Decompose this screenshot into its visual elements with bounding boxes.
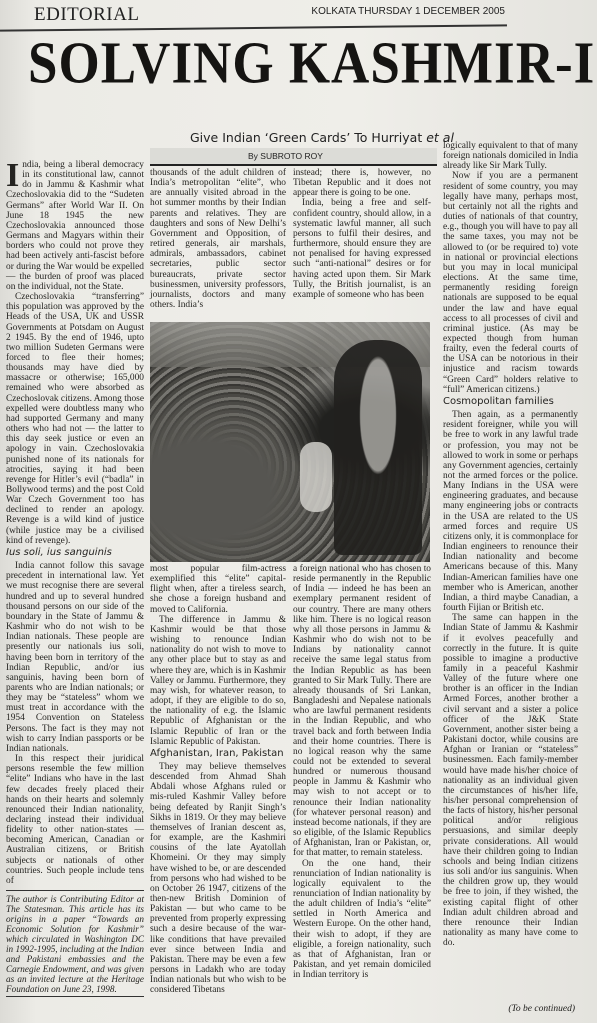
paragraph: instead; there is, however, no Tibetan R… xyxy=(293,168,431,198)
section-heading: Ius soli, ius sanguinis xyxy=(6,548,144,558)
subhead-text: Give Indian ‘Green Cards’ To Hurriyat xyxy=(190,130,426,145)
crowd-photo xyxy=(150,322,430,562)
paragraph: logically equivalent to that of many for… xyxy=(443,141,578,171)
headline: SOLVING KASHMIR-I xyxy=(28,30,595,97)
newspaper-page: EDITORIAL KOLKATA THURSDAY 1 DECEMBER 20… xyxy=(0,0,597,1023)
subheadline: Give Indian ‘Green Cards’ To Hurriyat et… xyxy=(190,130,454,145)
section-heading: Cosmopolitan families xyxy=(443,397,578,407)
paragraph: They may believe themselves descended fr… xyxy=(150,762,286,996)
paragraph: Czechoslovakia “transferring” this popul… xyxy=(6,292,144,546)
photo-speaker xyxy=(334,340,422,555)
column-2-bottom: most popular film-actress exemplified th… xyxy=(150,564,286,996)
byline: By SUBROTO ROY xyxy=(248,151,323,161)
paragraph: Now if you are a permanent resident of s… xyxy=(443,171,578,394)
paragraph: The difference in Jammu & Kashmir would … xyxy=(150,615,286,747)
paragraph: thousands of the adult children of India… xyxy=(150,168,286,310)
section-heading: Afghanistan, Iran, Pakistan xyxy=(150,749,286,759)
paragraph: a foreign national who has chosen to res… xyxy=(293,564,431,859)
paragraph: India cannot follow this savage preceden… xyxy=(6,561,144,754)
paragraph: The same can happen in the Indian State … xyxy=(443,613,578,948)
author-note: The author is Contributing Editor at The… xyxy=(6,890,144,997)
drop-cap: I xyxy=(6,162,19,190)
paragraph: India, being a liberal democracy in its … xyxy=(6,160,144,292)
dateline: KOLKATA THURSDAY 1 DECEMBER 2005 xyxy=(311,6,505,17)
paragraph: most popular film-actress exemplified th… xyxy=(150,564,286,615)
paragraph: Then again, as a permanently resident fo… xyxy=(443,410,578,613)
paragraph: On the one hand, their renunciation of I… xyxy=(293,859,431,981)
section-label: EDITORIAL xyxy=(34,4,139,26)
photo-raised-hand xyxy=(300,442,332,512)
column-3-top: instead; there is, however, no Tibetan R… xyxy=(293,168,431,300)
column-4: logically equivalent to that of many for… xyxy=(443,141,578,948)
column-3-bottom: a foreign national who has chosen to res… xyxy=(293,564,431,980)
column-1: India, being a liberal democracy in its … xyxy=(6,160,144,997)
column-2-top: thousands of the adult children of India… xyxy=(150,168,286,310)
paragraph: In this respect their juridical persons … xyxy=(6,754,144,886)
continued-note: (To be continued) xyxy=(508,1004,575,1014)
paragraph: India, being a free and self-confident c… xyxy=(293,198,431,300)
